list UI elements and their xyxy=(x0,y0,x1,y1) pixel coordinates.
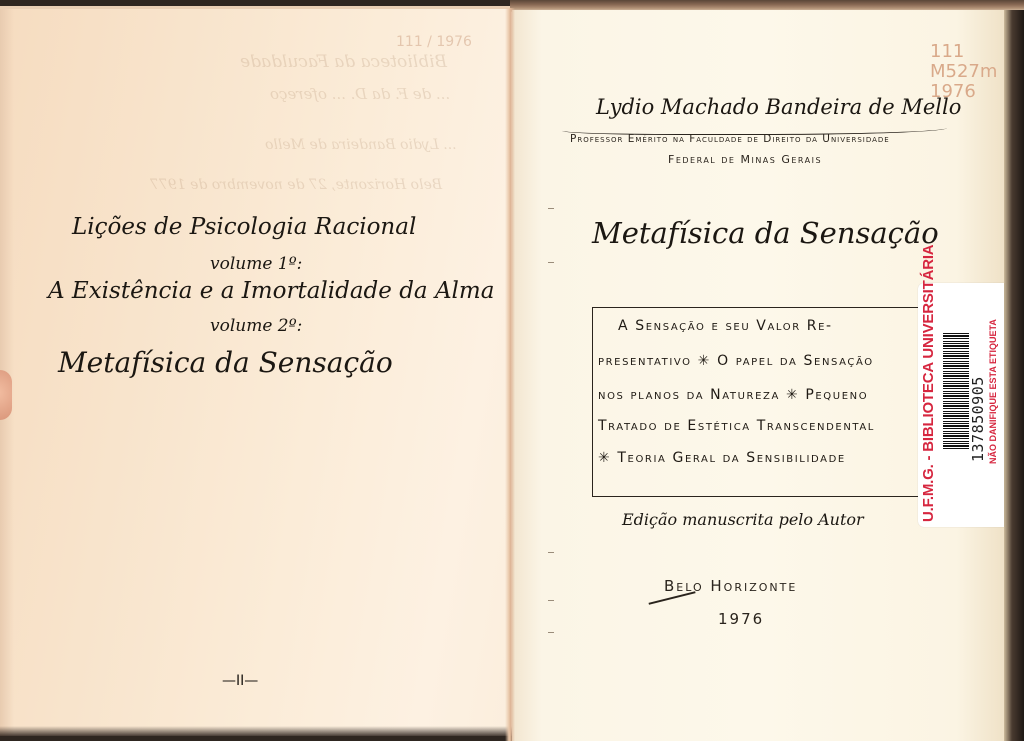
book-scan: Biblioteca da Faculdade ... de F. da D. … xyxy=(0,0,1024,741)
bleed-through-line: Biblioteca da Faculdade xyxy=(240,52,447,72)
margin-tick xyxy=(548,208,554,209)
contents-line: presentativo ✳ O papel da Sensação xyxy=(598,353,874,369)
series-title: Lições de Psicologia Racional xyxy=(72,214,416,240)
thumb xyxy=(0,370,12,420)
book-title: Metafísica da Sensação xyxy=(592,216,939,250)
edition-note: Edição manuscrita pelo Autor xyxy=(622,510,864,529)
volume-1-title: A Existência e a Imortalidade da Alma xyxy=(48,278,494,304)
call-number: 111 M527m 1976 xyxy=(930,42,997,102)
call-number-line-2: M527m xyxy=(930,62,997,82)
author-credentials-line-1: Professor Emérito na Faculdade de Direit… xyxy=(570,133,890,145)
barcode-number: 137850905 xyxy=(969,376,987,462)
margin-tick xyxy=(548,552,554,553)
margin-tick xyxy=(548,262,554,263)
library-institution: U.F.M.G. - BIBLIOTECA UNIVERSITÁRIA xyxy=(920,290,937,522)
author-credentials-line-2: Federal de Minas Gerais xyxy=(668,153,822,166)
contents-line: ✳ Teoria Geral da Sensibilidade xyxy=(598,450,846,466)
page-number: —II— xyxy=(222,673,258,689)
year: 1976 xyxy=(718,610,764,628)
margin-tick xyxy=(548,600,554,601)
volume-1-label: volume 1º: xyxy=(210,254,302,274)
volume-2-title: Metafísica da Sensação xyxy=(58,346,393,379)
contents-line: Tratado de Estética Transcendental xyxy=(598,418,875,434)
bleed-through-line: Belo Horizonte, 27 de novembro de 1977 xyxy=(150,177,442,193)
book-right-edge xyxy=(1004,10,1024,741)
book-gutter xyxy=(505,8,515,741)
pencil-mark: 111 / 1976 xyxy=(396,32,472,52)
label-warning: NÃO DANIFIQUE ESTA ETIQUETA xyxy=(988,319,998,464)
call-number-line-1: 111 xyxy=(930,42,997,62)
author-signature: Lydio Machado Bandeira de Mello xyxy=(596,95,961,119)
contents-line: nos planos da Natureza ✳ Pequeno xyxy=(598,387,868,403)
volume-2-label: volume 2º: xyxy=(210,316,302,336)
city: Belo Horizonte xyxy=(664,577,797,595)
barcode xyxy=(943,333,969,451)
bleed-through-line: ... Lydio Bandeira de Mello xyxy=(265,137,457,153)
margin-tick xyxy=(548,632,554,633)
bleed-through-line: ... de F. da D. ... ofereço xyxy=(270,85,450,103)
contents-line: A Sensação e seu Valor Re- xyxy=(618,318,833,334)
